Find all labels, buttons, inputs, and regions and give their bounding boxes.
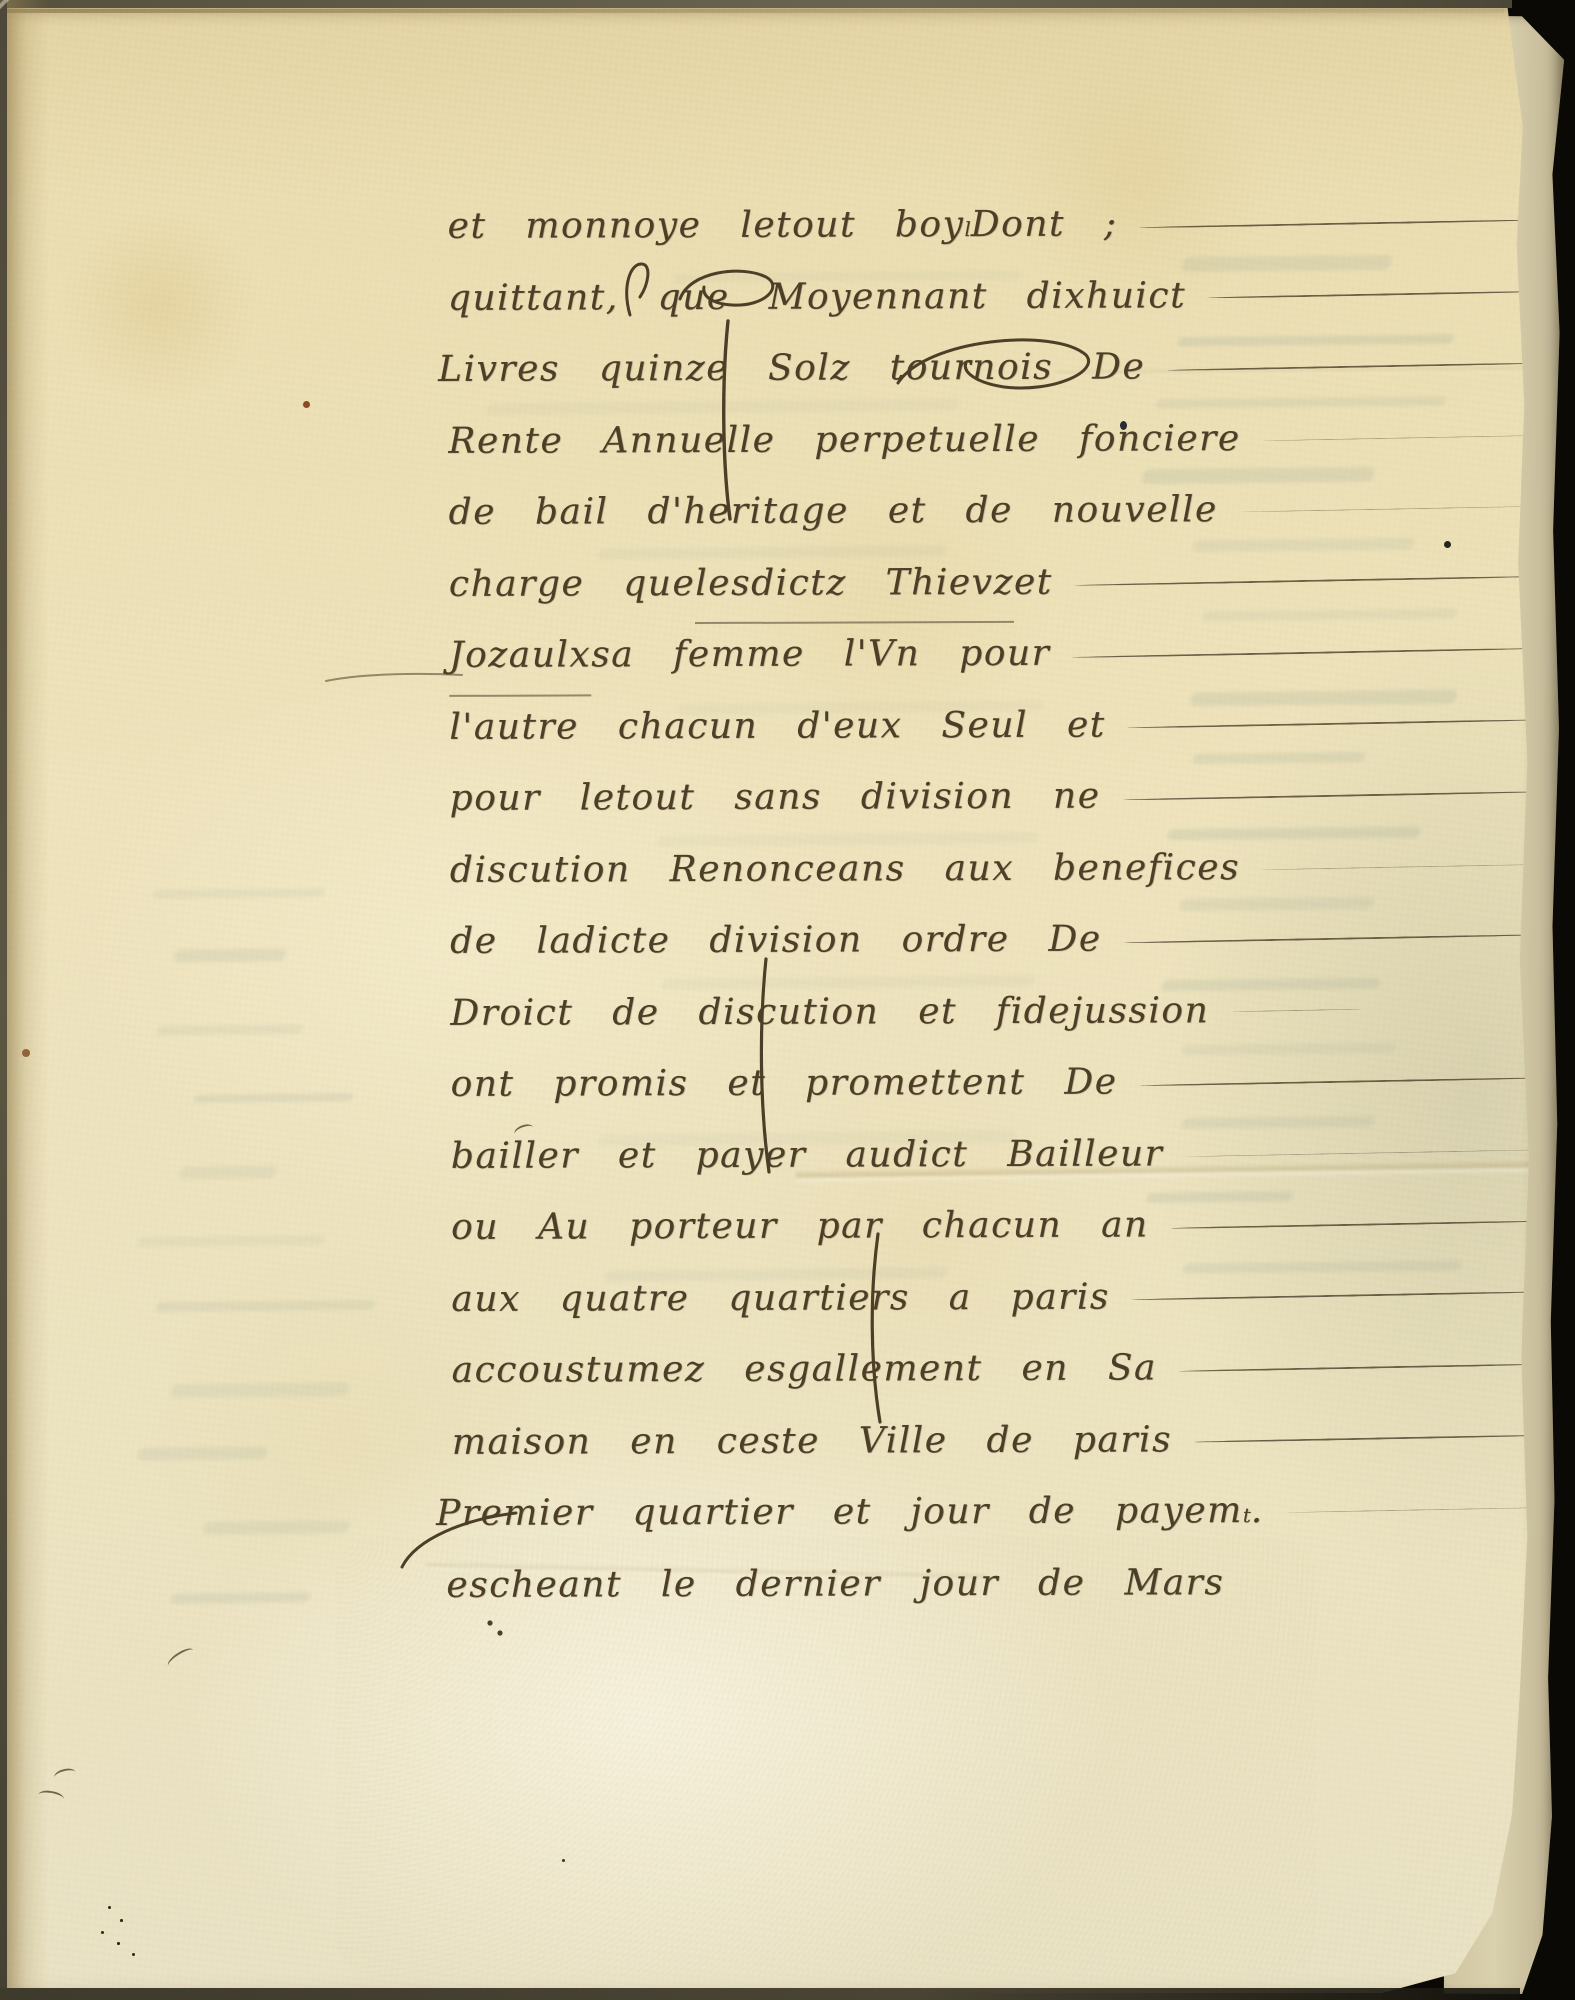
line-filler-dash [1231, 1008, 1361, 1011]
scan-edge-bottom [0, 1988, 1520, 2000]
manuscript-line-text: charge que [449, 548, 696, 620]
manuscript-line-text: maison en ceste Ville de paris [452, 1404, 1172, 1478]
line-filler-dash [1262, 864, 1542, 870]
manuscript-line-text: . [1251, 1475, 1264, 1547]
manuscript-line-text: accoustumez esgallement en Sa [452, 1332, 1158, 1406]
scan-edge-left [0, 0, 7, 2000]
manuscript-line: pour letout sans division ne [450, 759, 1542, 834]
line-filler-dash [1140, 219, 1540, 229]
manuscript-line-text: ont promis et promettent De [451, 1047, 1118, 1121]
line-filler-dash [1132, 1291, 1544, 1301]
line-filler-dash [1240, 506, 1541, 513]
manuscript-line-text: sa femme l'Vn pour [591, 618, 1050, 691]
manuscript-line: charge que lesdictz Thievz et [449, 545, 1541, 620]
manuscript-text-block: et monnoye letout boyl Dont ;quittant, q… [448, 187, 1545, 1621]
top-edge-crease [4, 9, 1504, 13]
bleedthrough-stroke [169, 1592, 311, 1603]
manuscript-line-text: quittant, que Moyennant dixhuict [448, 260, 1186, 334]
ink-speck [303, 401, 310, 408]
manuscript-line-text: ou Au porteur par chacun an [451, 1189, 1149, 1263]
bleedthrough-stroke [169, 1382, 351, 1398]
bleedthrough-stroke [178, 1166, 277, 1180]
bleedthrough-stroke [136, 1235, 325, 1247]
manuscript-line-text: Dont ; [971, 189, 1118, 261]
manuscript-line-text: aux quatre quartiers a paris [451, 1261, 1110, 1335]
line-filler-dash [1171, 1220, 1543, 1229]
ink-speck [117, 1942, 120, 1945]
line-filler-dash [1128, 719, 1542, 729]
manuscript-line-text: lesdictz Thievz [695, 546, 1014, 624]
manuscript-line: Jozaulx sa femme l'Vn pour [449, 616, 1541, 691]
jozaulx-underline-tail [324, 667, 464, 685]
line-filler-dash [1072, 647, 1541, 658]
ink-speck [562, 1859, 565, 1862]
ink-speck [120, 1919, 123, 1922]
line-filler-dash [1124, 934, 1542, 944]
manuscript-line-text: pour letout sans division ne [450, 761, 1101, 835]
manuscript-line: accoustumez esgallement en Sa [452, 1331, 1544, 1406]
manuscript-line-text: bailler et payer audict Bailleur [451, 1118, 1164, 1192]
manuscript-line: escheant le dernier jour de Mars [446, 1546, 1544, 1621]
manuscript-line: ou Au porteur par chacun an [451, 1188, 1543, 1263]
manuscript-line: l'autre chacun d'eux Seul et [449, 688, 1541, 763]
ink-speck [132, 1953, 135, 1956]
ink-speck [22, 1049, 30, 1057]
manuscript-line-text: et [1014, 546, 1053, 618]
bleedthrough-stroke [154, 1300, 375, 1312]
line-filler-dash [1263, 435, 1541, 441]
line-filler-dash [1167, 362, 1540, 371]
manuscript-line: Droict de discution et fidejussion [450, 974, 1542, 1049]
manuscript-line: discution Renonceans aux benefices [450, 831, 1542, 906]
manuscript-line: Premier quartier et jour de payemt. [436, 1474, 1544, 1549]
manuscript-line-text: t [1243, 1480, 1251, 1552]
line-filler-dash [1179, 1363, 1544, 1372]
manuscript-line-text: de bail d'heritage et de nouvelle [449, 474, 1218, 548]
stray-hair-mark [37, 1789, 65, 1805]
parchment-page: et monnoye letout boyl Dont ;quittant, q… [6, 7, 1535, 1993]
bleedthrough-stroke [137, 1446, 270, 1460]
manuscript-line-text: Premier quartier et jour de payem [436, 1475, 1243, 1549]
bleedthrough-stroke [152, 888, 327, 899]
manuscript-line-text: Jozaulx [449, 619, 591, 696]
manuscript-line: de bail d'heritage et de nouvelle [449, 473, 1541, 548]
ink-speck [101, 1931, 104, 1934]
photo-backdrop: et monnoye letout boyl Dont ;quittant, q… [0, 0, 1575, 2000]
manuscript-line-text: Livres quinze Solz tournois De [438, 331, 1145, 405]
line-filler-dash [1075, 576, 1541, 587]
manuscript-line: et monnoye letout boyl Dont ; [448, 187, 1540, 262]
manuscript-line-text: escheant le dernier jour de Mars [446, 1547, 1224, 1621]
bleedthrough-stroke [172, 948, 288, 962]
manuscript-line-text: et monnoye letout boy [448, 189, 965, 262]
stray-hair-mark [53, 1767, 77, 1784]
stray-hair-mark [165, 1645, 197, 1671]
manuscript-line-text: l'autre chacun d'eux Seul et [449, 689, 1106, 763]
bleedthrough-stroke [156, 1024, 305, 1035]
manuscript-line: aux quatre quartiers a paris [451, 1260, 1543, 1335]
manuscript-line-text: de ladicte division ordre De [450, 904, 1102, 978]
line-filler-dash [1208, 291, 1540, 299]
line-filler-dash [1122, 791, 1541, 801]
manuscript-line: Livres quinze Solz tournois De [438, 330, 1540, 405]
manuscript-line: bailler et payer audict Bailleur [451, 1117, 1543, 1192]
line-filler-dash [1194, 1435, 1544, 1444]
bleedthrough-stroke [193, 1093, 355, 1103]
manuscript-line-text: Rente Annuelle perpetuelle fonciere [448, 403, 1241, 477]
line-filler-dash [1286, 1507, 1544, 1513]
scan-edge-top [0, 0, 1512, 8]
manuscript-line: Rente Annuelle perpetuelle fonciere [448, 402, 1540, 477]
manuscript-line-text: discution Renonceans aux benefices [450, 832, 1240, 906]
manuscript-line: maison en ceste Ville de paris [452, 1403, 1544, 1478]
ink-speck [108, 1906, 111, 1909]
line-filler-dash [1185, 1149, 1542, 1157]
manuscript-line: de ladicte division ordre De [450, 902, 1542, 977]
manuscript-line: ont promis et promettent De [451, 1045, 1543, 1120]
bleedthrough-stroke [201, 1521, 350, 1536]
manuscript-line: quittant, que Moyennant dixhuict [448, 259, 1540, 334]
line-filler-dash [1139, 1077, 1542, 1087]
manuscript-line-text: Droict de discution et fidejussion [450, 975, 1209, 1049]
